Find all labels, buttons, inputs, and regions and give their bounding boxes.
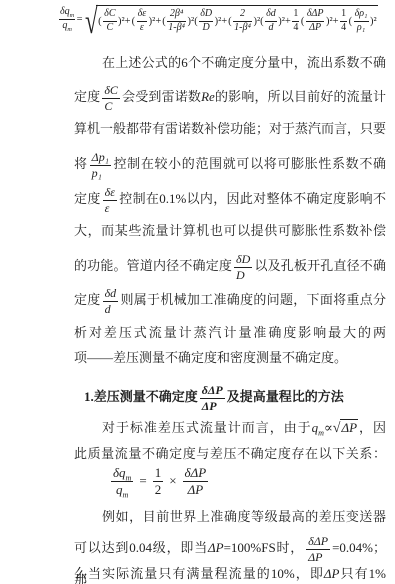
fraction: δΔPΔP (306, 535, 330, 563)
body-line: 例如，目前世界上准确度等级最高的差压变送器 (74, 508, 386, 526)
equals-sign: = (76, 14, 83, 25)
body-line: 此质量流量不确定度与差压不确定度存在以下关系： (74, 445, 386, 463)
radical: √ ( δCC )²+ ( δεε )²+ ( 2β⁴1-β⁴ )²( δDD … (85, 5, 378, 33)
subscript: m (123, 490, 129, 499)
fraction: Δp₁p₁ (90, 151, 111, 179)
fraction: δdd (265, 9, 277, 33)
fraction: δρ₁ρ₁ (354, 9, 369, 33)
body-line: 可以达到0.04级，即当ΔP=100%FS时，δΔPΔP=0.04%；那 (74, 532, 386, 564)
subscript: m (70, 12, 74, 19)
subscript: m (67, 26, 71, 33)
body-line: 项——差压测量不确定度和密度测量不确定度。 (74, 349, 386, 367)
fraction: δΔPΔP (306, 9, 325, 33)
body-line: 定度δdd则属于机械加工准确度的问题，下面将重点分 (74, 284, 386, 316)
fraction-lhs: δqm qm (111, 466, 133, 496)
body-line: 的功能。管道内径不确定度δDD以及孔板开孔直径不确 (74, 250, 386, 282)
fraction: δCC (102, 84, 120, 112)
paren: )²+ (118, 16, 132, 27)
body-line: 将Δp₁p₁控制在较小的范围就可以将可膨胀性系数不确 (74, 148, 386, 180)
paren: ( (131, 16, 136, 27)
fraction-lhs: δqm qm (59, 7, 75, 31)
fraction-half: 12 (153, 466, 164, 496)
variable-dP: ΔP (324, 566, 340, 581)
fraction: δΔPΔP (200, 384, 225, 412)
section-heading: 1.差压测量不确定度δΔPΔP及提高量程比的方法 (74, 381, 395, 413)
paren: )²+ (214, 16, 228, 27)
fraction-denominator: qm (59, 20, 75, 32)
body-line: 大，而某些流量计算机也可以提供可膨胀性系数补偿 (74, 222, 386, 240)
main-uncertainty-formula: δqm qm = √ ( δCC )²+ ( δεε )²+ ( 2β⁴1-β⁴… (58, 5, 378, 33)
fraction: δDD (199, 9, 213, 33)
fraction: δdd (103, 287, 119, 315)
paren: ( (228, 16, 233, 27)
radical-sign-icon: √ (85, 3, 98, 39)
fraction-numerator: δqm (111, 466, 133, 482)
fraction: 21-β⁴ (233, 9, 252, 33)
variable-Re: Re (201, 89, 215, 104)
proportional-sign: ∝ (324, 420, 333, 435)
fraction-rhs: δΔPΔP (183, 466, 209, 496)
body-line: 么当实际流量只有满量程流量的10%，即ΔP只有1% (74, 565, 386, 583)
fraction-numerator: δqm (59, 7, 75, 20)
body-line: 定度δCC会受到雷诺数Re的影响，所以目前好的流量计 (74, 81, 386, 113)
paren: )²+ (148, 16, 162, 27)
paren: ( (300, 16, 305, 27)
multiply-sign: × (166, 473, 179, 489)
radicand: ( δCC )²+ ( δεε )²+ ( 2β⁴1-β⁴ )²( δDD )²… (96, 5, 378, 33)
body-line: 对于标准差压式流量计而言，由于qm∝√ΔP，因 (74, 419, 386, 438)
paren: )² (370, 16, 378, 27)
paren: )²( (187, 16, 198, 27)
body-line: 算机一般都带有雷诺数补偿功能；对于蒸汽而言，只要 (74, 120, 386, 138)
fraction: 2β⁴1-β⁴ (167, 9, 186, 33)
paren: ( (348, 16, 353, 27)
fraction: δεε (103, 186, 117, 214)
fraction: δCC (103, 9, 116, 33)
paren: )²+ (325, 16, 339, 27)
body-line: 在上述公式的6个不确定度分量中，流出系数不确 (74, 54, 386, 72)
paren: ( (162, 16, 167, 27)
flow-ratio-formula: δqm qm = 12 × δΔPΔP (108, 466, 211, 496)
subscript: m (126, 474, 132, 483)
fraction-denominator: qm (111, 482, 133, 497)
radicand: ΔP (340, 419, 358, 435)
paren: ( (98, 16, 103, 27)
body-line: 定度δεε控制在0.1%以内，因此对整体不确定度影响不 (74, 183, 386, 215)
document-page: δqm qm = √ ( δCC )²+ ( δεε )²+ ( 2β⁴1-β⁴… (0, 0, 395, 584)
body-line: 析对差压式流量计蒸汽计量准确度影响最大的两 (74, 324, 386, 342)
fraction: δDD (234, 253, 252, 281)
variable-qm: qm (312, 420, 324, 435)
paren: )²+ (278, 16, 292, 27)
equals-sign: = (136, 473, 149, 489)
fraction: δεε (137, 9, 148, 33)
fraction-coefficient: 14 (292, 9, 299, 33)
paren: )²( (253, 16, 264, 27)
variable-dP: ΔP (208, 540, 224, 555)
fraction-coefficient: 14 (340, 9, 347, 33)
